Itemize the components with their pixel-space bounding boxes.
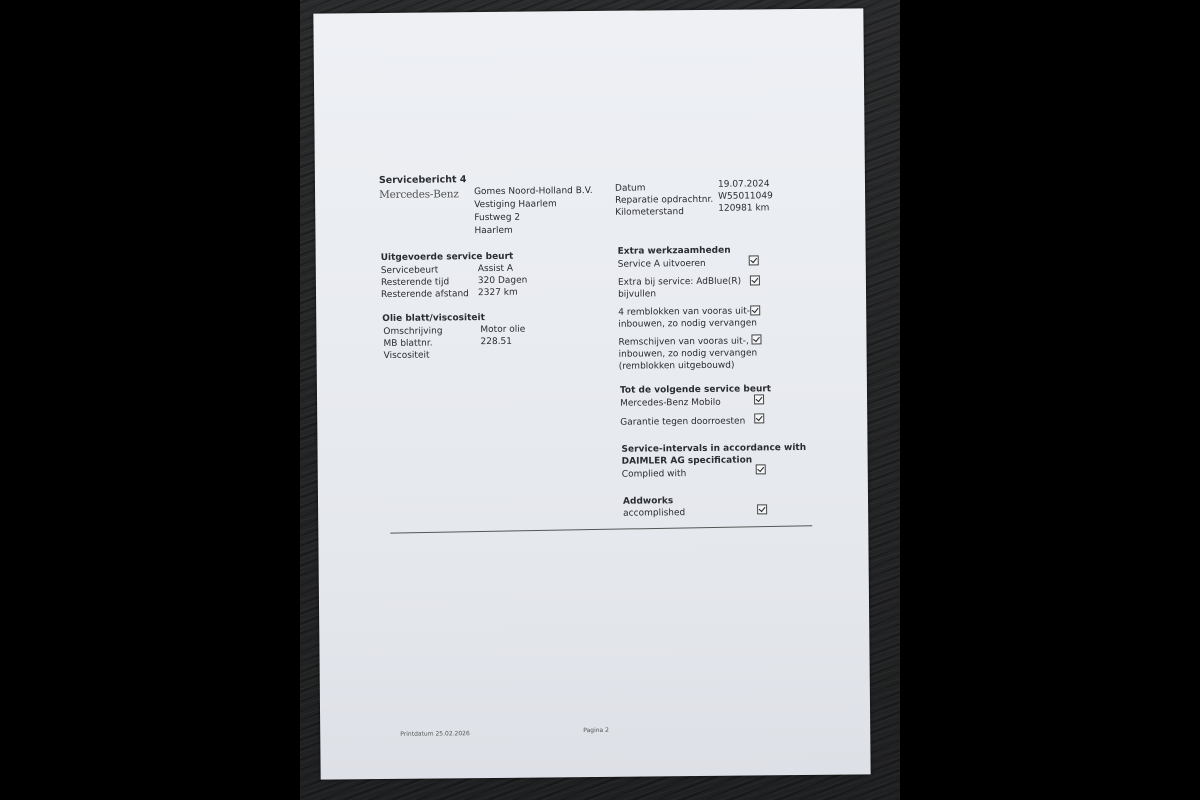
dealer-city: Haarlem [474,225,512,238]
next-service-item-rust: Garantie tegen doorroesten [620,416,745,430]
extra-work-heading: Extra werkzaamheden [618,245,731,259]
service-value-distance: 2327 km [478,287,518,300]
next-service-item-mobilo: Mercedes-Benz Mobilo [620,397,721,410]
next-service-checkbox-mobilo[interactable] [754,394,764,404]
extra-work-item-2-line-2: bijvullen [618,288,656,301]
intervals-item-complied: Complied with [622,468,687,481]
meta-value-mileage: 120981 km [718,202,769,215]
oil-label-part-number: MB blattnr. [383,338,432,351]
print-date: Printdatum 25.02.2026 [400,730,470,738]
next-service-heading: Tot de volgende service beurt [620,383,771,397]
horizontal-divider [390,525,812,533]
addworks-checkbox-accomplished[interactable] [757,504,767,514]
extra-work-checkbox-3[interactable] [750,305,760,315]
dealer-street: Fustweg 2 [474,212,520,225]
meta-label-order: Reparatie opdrachtnr. [615,194,713,207]
service-label-distance: Resterende afstand [381,288,469,301]
oil-heading: Olie blatt/viscositeit [382,312,485,325]
oil-value-part-number: 228.51 [480,336,512,349]
next-service-checkbox-rust[interactable] [754,413,764,423]
intervals-checkbox-complied[interactable] [756,464,766,474]
extra-work-item-4-line-3: (remblokken uitgebouwd) [619,360,735,374]
intervals-heading-line-2: DAIMLER AG specification [622,454,753,468]
meta-label-mileage: Kilometerstand [615,206,684,219]
extra-work-checkbox-2[interactable] [750,275,760,285]
addworks-item-accomplished: accomplished [623,507,685,520]
dealer-name: Gomes Noord-Holland B.V. [474,185,593,199]
meta-value-date: 19.07.2024 [718,178,770,191]
page-number: Pagina 2 [583,727,609,734]
dealer-branch: Vestiging Haarlem [474,198,557,211]
meta-label-date: Datum [615,182,646,195]
extra-work-checkbox-4[interactable] [751,334,761,344]
addworks-heading: Addworks [623,495,673,508]
document-title: Servicebericht 4 [379,174,467,186]
extra-work-item-1: Service A uitvoeren [618,258,706,271]
oil-value-description: Motor olie [480,324,525,337]
extra-work-item-3-line-2: inbouwen, zo nodig vervangen [618,317,757,331]
service-value-time: 320 Dagen [478,275,528,288]
service-report-page: Servicebericht 4 Mercedes-Benz Gomes Noo… [313,8,870,779]
brand-logo-text: Mercedes-Benz [379,188,459,201]
meta-value-order: W55011049 [718,190,773,203]
service-value-type: Assist A [478,263,513,276]
oil-label-viscosity: Viscositeit [384,350,430,363]
oil-label-description: Omschrijving [383,325,442,338]
extra-work-checkbox-1[interactable] [749,255,759,265]
extra-work-item-2-line-1: Extra bij service: AdBlue(R) [618,276,741,290]
